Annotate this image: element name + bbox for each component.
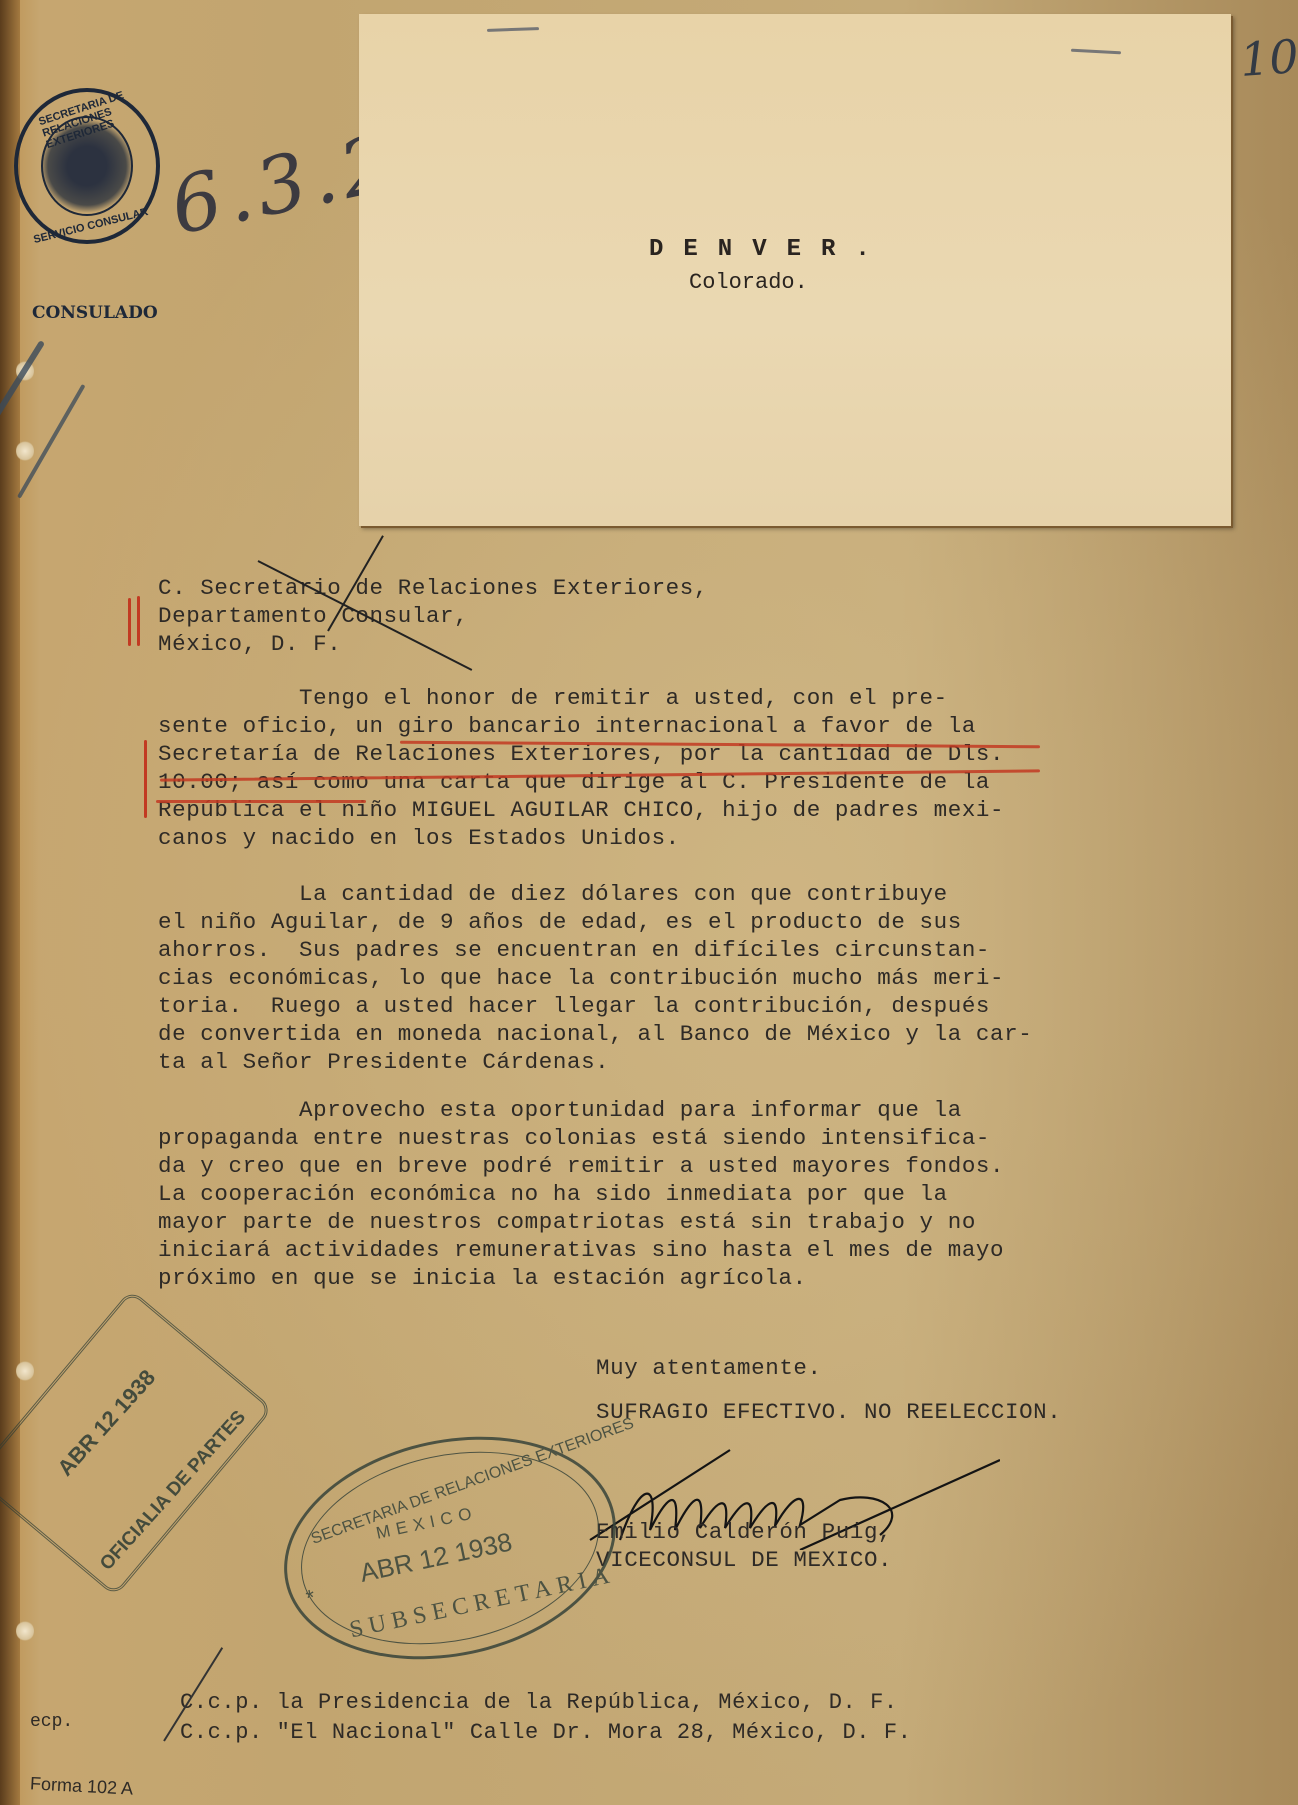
- text-line: próximo en que se inicia la estación agr…: [158, 1264, 1004, 1292]
- text-line: ta al Señor Presidente Cárdenas.: [158, 1048, 1032, 1076]
- copy-line: C.c.p. "El Nacional" Calle Dr. Mora 28, …: [180, 1718, 912, 1748]
- place-card: DENVER. Colorado.: [359, 14, 1231, 526]
- addressee-line: México, D. F.: [158, 630, 708, 658]
- punch-hole: [16, 1620, 34, 1642]
- paragraph-2: La cantidad de diez dólares con que cont…: [158, 880, 1032, 1076]
- red-margin-mark: [144, 740, 147, 818]
- addressee-block: C. Secretario de Relaciones Exteriores,D…: [158, 574, 708, 658]
- folio-number: 109: [1238, 27, 1298, 87]
- copy-line: C.c.p. la Presidencia de la República, M…: [180, 1688, 912, 1718]
- text-line: el niño Aguilar, de 9 años de edad, es e…: [158, 908, 1032, 936]
- text-line: La cooperación económica no ha sido inme…: [158, 1180, 1004, 1208]
- staple-icon: [1071, 49, 1121, 55]
- red-margin-mark: [128, 598, 131, 646]
- signer-name: Emilio Calderón Puig,: [596, 1518, 892, 1546]
- slogan-line: SUFRAGIO EFECTIVO. NO REELECCION.: [596, 1398, 1061, 1426]
- paragraph-1: Tengo el honor de remitir a usted, con e…: [158, 684, 1004, 852]
- text-line: sente oficio, un giro bancario internaci…: [158, 712, 1004, 740]
- red-underline: [156, 800, 366, 803]
- subsecretaria-stamp: SECRETARIA DE RELACIONES EXTERIORES MEXI…: [263, 1407, 637, 1688]
- copies-block: C.c.p. la Presidencia de la República, M…: [180, 1688, 912, 1748]
- text-line: Aprovecho esta oportunidad para informar…: [158, 1096, 1004, 1124]
- text-line: ahorros. Sus padres se encuentran en dif…: [158, 936, 1032, 964]
- text-line: canos y nacido en los Estados Unidos.: [158, 824, 1004, 852]
- state-heading: Colorado.: [689, 270, 808, 295]
- addressee-line: C. Secretario de Relaciones Exteriores,: [158, 574, 708, 602]
- addressee-line: Departamento Consular,: [158, 602, 708, 630]
- text-line: de convertida en moneda nacional, al Ban…: [158, 1020, 1032, 1048]
- text-line: cias económicas, lo que hace la contribu…: [158, 964, 1032, 992]
- consular-seal-icon: SECRETARIA DE RELACIONES EXTERIORES SERV…: [14, 88, 160, 244]
- form-number: Forma 102 A: [30, 1773, 134, 1799]
- text-line: da y creo que en breve podré remitir a u…: [158, 1152, 1004, 1180]
- red-margin-mark: [137, 596, 140, 646]
- text-line: toria. Ruego a usted hacer llegar la con…: [158, 992, 1032, 1020]
- typist-initials: ecp.: [30, 1712, 73, 1732]
- closing-line: Muy atentamente.: [596, 1354, 822, 1382]
- document-page: SECRETARIA DE RELACIONES EXTERIORES SERV…: [0, 0, 1298, 1805]
- signer-block: Emilio Calderón Puig,VICECONSUL DE MEXIC…: [596, 1518, 892, 1574]
- consulado-label: CONSULADO: [32, 303, 158, 323]
- oficialia-stamp: [0, 1289, 273, 1597]
- text-line: La cantidad de diez dólares con que cont…: [158, 880, 1032, 908]
- text-line: propaganda entre nuestras colonias está …: [158, 1124, 1004, 1152]
- punch-hole: [16, 440, 34, 462]
- paragraph-3: Aprovecho esta oportunidad para informar…: [158, 1096, 1004, 1292]
- binding-edge: [0, 0, 20, 1805]
- city-heading: DENVER.: [649, 236, 890, 263]
- staple-icon: [487, 27, 539, 32]
- punch-hole: [16, 1360, 34, 1382]
- signer-title: VICECONSUL DE MEXICO.: [596, 1546, 892, 1574]
- text-line: mayor parte de nuestros compatriotas est…: [158, 1208, 1004, 1236]
- text-line: Tengo el honor de remitir a usted, con e…: [158, 684, 1004, 712]
- text-line: iniciará actividades remunerativas sino …: [158, 1236, 1004, 1264]
